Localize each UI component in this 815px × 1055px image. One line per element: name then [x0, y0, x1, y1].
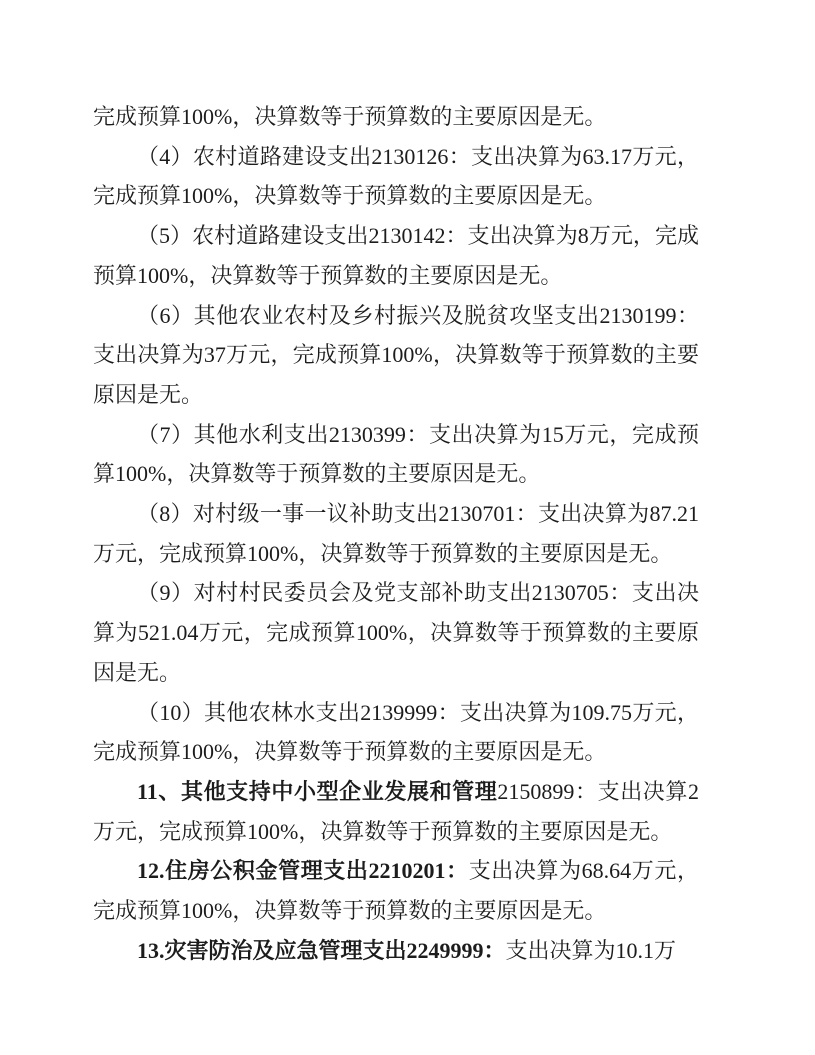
paragraph-item-13: 13.灾害防治及应急管理支出2249999：支出决算为10.1万: [93, 931, 699, 971]
paragraph-item-5: （5）农村道路建设支出2130142：支出决算为8万元，完成预算100%，决算数…: [93, 216, 699, 295]
paragraph-item-12: 12.住房公积金管理支出2210201：支出决算为68.64万元，完成预算100…: [93, 851, 699, 930]
paragraph-item-10: （10）其他农林水支出2139999：支出决算为109.75万元，完成预算100…: [93, 693, 699, 772]
paragraph-item-11: 11、其他支持中小型企业发展和管理2150899：支出决算2万元，完成预算100…: [93, 772, 699, 851]
text-run-bold: 12.住房公积金管理支出2210201：: [137, 858, 469, 883]
text-run: （6）其他农业农村及乡村振兴及脱贫攻坚支出2130199：支出决算为37万元，完…: [93, 303, 699, 407]
text-run: 支出决算为10.1万: [506, 938, 677, 963]
document-body: 完成预算100%，决算数等于预算数的主要原因是无。（4）农村道路建设支出2130…: [93, 97, 699, 970]
text-run: （7）其他水利支出2130399：支出决算为15万元，完成预算100%，决算数等…: [93, 422, 699, 487]
paragraph-item-7: （7）其他水利支出2130399：支出决算为15万元，完成预算100%，决算数等…: [93, 415, 699, 494]
text-run: （10）其他农林水支出2139999：支出决算为109.75万元，完成预算100…: [93, 700, 699, 765]
text-run: （5）农村道路建设支出2130142：支出决算为8万元，完成预算100%，决算数…: [93, 223, 699, 288]
paragraph-item-8: （8）对村级一事一议补助支出2130701：支出决算为87.21万元，完成预算1…: [93, 494, 699, 573]
text-run-bold: 13.灾害防治及应急管理支出2249999：: [137, 938, 506, 963]
text-run: 完成预算100%，决算数等于预算数的主要原因是无。: [93, 104, 606, 129]
text-run-bold: 11、其他支持中小型企业发展和管理: [137, 779, 497, 804]
paragraph-item-6: （6）其他农业农村及乡村振兴及脱贫攻坚支出2130199：支出决算为37万元，完…: [93, 296, 699, 415]
paragraph-item-4: （4）农村道路建设支出2130126：支出决算为63.17万元，完成预算100%…: [93, 137, 699, 216]
paragraph-item-3-continuation: 完成预算100%，决算数等于预算数的主要原因是无。: [93, 97, 699, 137]
text-run: （8）对村级一事一议补助支出2130701：支出决算为87.21万元，完成预算1…: [93, 501, 699, 566]
text-run: （4）农村道路建设支出2130126：支出决算为63.17万元，完成预算100%…: [93, 144, 699, 209]
text-run: （9）对村村民委员会及党支部补助支出2130705：支出决算为521.04万元，…: [93, 580, 699, 684]
document-page: 完成预算100%，决算数等于预算数的主要原因是无。（4）农村道路建设支出2130…: [0, 0, 815, 1055]
paragraph-item-9: （9）对村村民委员会及党支部补助支出2130705：支出决算为521.04万元，…: [93, 573, 699, 692]
